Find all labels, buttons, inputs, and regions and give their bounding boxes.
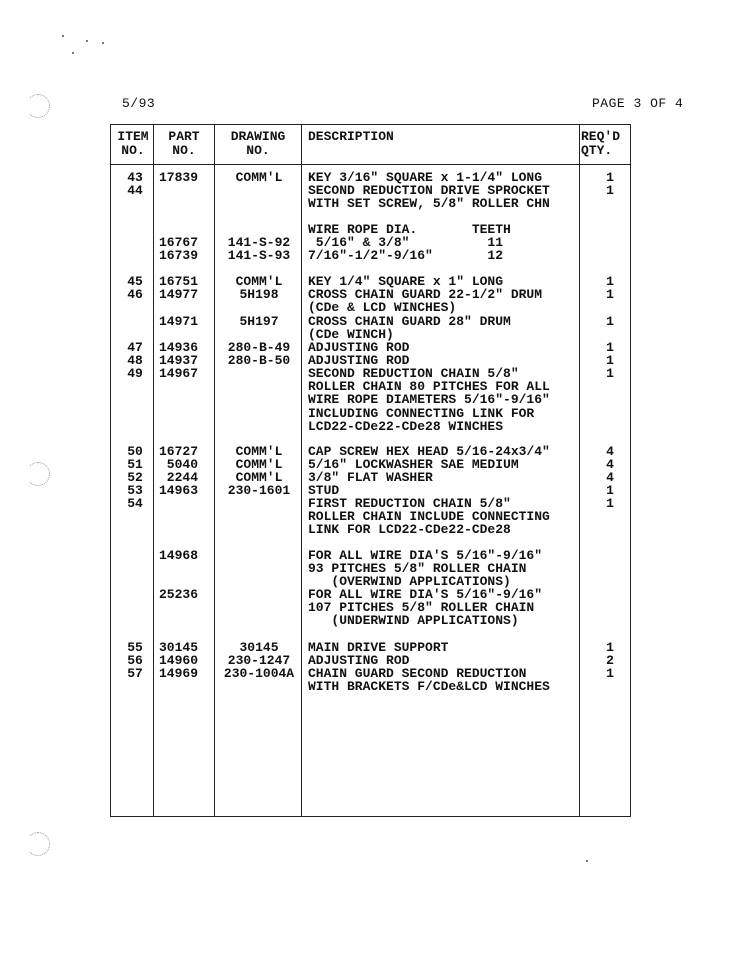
scan-speck (72, 52, 74, 54)
column-header-qty: REQ'D QTY. (581, 130, 631, 158)
row-quantity: 1 (589, 667, 631, 680)
row-part-number: 14969 (159, 667, 215, 680)
row-part-number: 14971 (159, 315, 215, 328)
punch-hole-mark (26, 94, 50, 118)
scan-speck (586, 860, 588, 862)
row-drawing-number: 230-1601 (217, 484, 301, 497)
row-description: CROSS CHAIN GUARD 22-1/2" DRUM (CDe & LC… (308, 288, 586, 314)
row-item-number: 49 (117, 367, 153, 380)
row-description: FIRST REDUCTION CHAIN 5/8" ROLLER CHAIN … (308, 497, 586, 537)
row-description: CROSS CHAIN GUARD 28" DRUM (CDe WINCH) (308, 315, 586, 341)
row-item-number: 57 (117, 667, 153, 680)
column-header-drawing: DRAWING NO. (216, 130, 300, 158)
row-quantity: 1 (589, 288, 631, 301)
row-quantity: 1 (589, 315, 631, 328)
row-drawing-number: COMM'L (217, 171, 301, 184)
page-number: PAGE 3 OF 4 (592, 96, 683, 111)
row-item-number: 44 (117, 184, 153, 197)
row-part-number: 14963 (159, 484, 215, 497)
row-description: SECOND REDUCTION CHAIN 5/8" ROLLER CHAIN… (308, 367, 586, 433)
row-item-number: 46 (117, 288, 153, 301)
row-part-number: 14968 (159, 549, 215, 562)
row-description: 3/8" FLAT WASHER (308, 471, 586, 484)
row-drawing-number: 280-B-50 (217, 354, 301, 367)
row-description: FOR ALL WIRE DIA'S 5/16"-9/16" 93 PITCHE… (308, 549, 586, 589)
row-description: 7/16"-1/2"-9/16" 12 (308, 249, 586, 262)
scan-speck (102, 42, 104, 44)
row-part-number: 14967 (159, 367, 215, 380)
column-divider (153, 125, 154, 816)
column-header-description: DESCRIPTION (308, 130, 394, 144)
row-description: FOR ALL WIRE DIA'S 5/16"-9/16" 107 PITCH… (308, 588, 586, 628)
row-quantity: 1 (589, 497, 631, 510)
row-drawing-number: 5H197 (217, 315, 301, 328)
row-part-number: 25236 (159, 588, 215, 601)
column-header-item: ITEM NO. (113, 130, 153, 158)
header-divider (111, 164, 630, 165)
row-drawing-number: 141-S-93 (217, 249, 301, 262)
row-quantity: 1 (589, 184, 631, 197)
scan-speck (62, 35, 64, 37)
row-description: CHAIN GUARD SECOND REDUCTION WITH BRACKE… (308, 667, 586, 693)
column-header-part: PART NO. (155, 130, 213, 158)
row-description: SECOND REDUCTION DRIVE SPROCKET WITH SET… (308, 184, 586, 210)
scan-speck (86, 40, 88, 42)
parts-list-table: ITEM NO. PART NO. DRAWING NO. DESCRIPTIO… (110, 124, 631, 817)
row-part-number: 17839 (159, 171, 215, 184)
document-date: 5/93 (122, 96, 155, 111)
punch-hole-mark (26, 462, 50, 486)
row-drawing-number: 230-1004A (217, 667, 301, 680)
punch-hole-mark (26, 832, 50, 856)
row-item-number: 54 (117, 497, 153, 510)
column-divider (301, 125, 302, 816)
row-drawing-number: 5H198 (217, 288, 301, 301)
row-quantity: 1 (589, 367, 631, 380)
row-part-number: 16739 (159, 249, 215, 262)
row-part-number: 14977 (159, 288, 215, 301)
